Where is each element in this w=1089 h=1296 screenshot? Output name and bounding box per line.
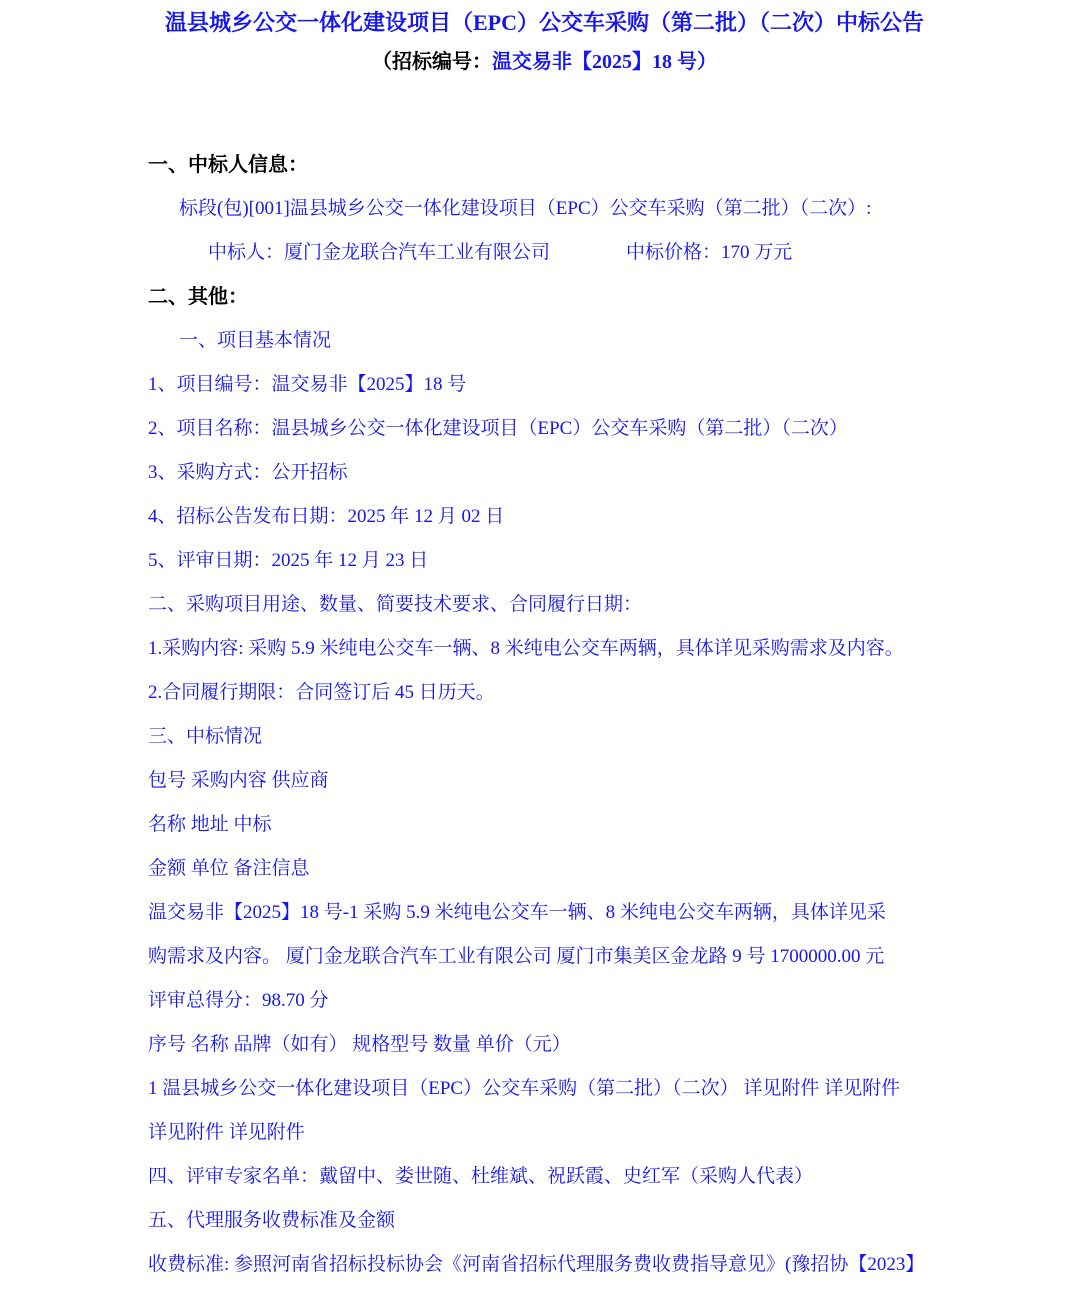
winner-name: 中标人：厦门金龙联合汽车工业有限公司 [208,242,550,263]
section-2-heading: 二、其他： [148,275,964,319]
procurement-method-line: 3、采购方式：公开招标 [148,451,964,495]
expert-list-line: 四、评审专家名单：戴留中、娄世随、杜维斌、祝跃霞、史红军（采购人代表） [148,1155,964,1199]
agency-fee-heading: 五、代理服务收费标准及金额 [148,1199,964,1243]
project-number-line: 1、项目编号：温交易非【2025】18 号 [148,363,964,407]
item-row-line-1: 1 温县城乡公交一体化建设项目（EPC）公交车采购（第二批）（二次） 详见附件 … [148,1067,964,1111]
lot-package-line: 标段(包)[001]温县城乡公交一体化建设项目（EPC）公交车采购（第二批）（二… [148,187,964,231]
table-header-line-1: 包号 采购内容 供应商 [148,759,964,803]
section-1-heading: 一、中标人信息： [148,143,964,187]
winner-price: 中标价格：170 万元 [626,242,792,263]
document-page: 温县城乡公交一体化建设项目（EPC）公交车采购（第二批）（二次）中标公告 （招标… [0,0,1089,1287]
subtitle-bid-number: 温交易非【2025】18 号） [492,51,717,73]
item-table-header-line: 序号 名称 品牌（如有） 规格型号 数量 单价（元） [148,1023,964,1067]
subtitle-prefix: （招标编号： [372,51,492,73]
table-header-line-3: 金额 单位 备注信息 [148,847,964,891]
fee-standard-line: 收费标准: 参照河南省招标投标协会《河南省招标代理服务费收费指导意见》(豫招协【… [148,1243,964,1287]
document-title: 温县城乡公交一体化建设项目（EPC）公交车采购（第二批）（二次）中标公告 [0,0,1089,39]
contract-period-line: 2.合同履行期限：合同签订后 45 日历天。 [148,671,964,715]
usage-heading-line: 二、采购项目用途、数量、简要技术要求、合同履行日期： [148,583,964,627]
award-score-line: 评审总得分：98.70 分 [148,979,964,1023]
basic-info-heading: 一、项目基本情况 [148,319,964,363]
announcement-date-line: 4、招标公告发布日期：2025 年 12 月 02 日 [148,495,964,539]
award-detail-line-1: 温交易非【2025】18 号-1 采购 5.9 米纯电公交车一辆、8 米纯电公交… [148,891,964,935]
project-name-line: 2、项目名称：温县城乡公交一体化建设项目（EPC）公交车采购（第二批）（二次） [148,407,964,451]
item-row-line-2: 详见附件 详见附件 [148,1111,964,1155]
document-body: 一、中标人信息： 标段(包)[001]温县城乡公交一体化建设项目（EPC）公交车… [148,143,964,1287]
winner-line: 中标人：厦门金龙联合汽车工业有限公司中标价格：170 万元 [148,231,964,275]
award-status-heading: 三、中标情况 [148,715,964,759]
procurement-content-line: 1.采购内容: 采购 5.9 米纯电公交车一辆、8 米纯电公交车两辆，具体详见采… [148,627,964,671]
review-date-line: 5、评审日期：2025 年 12 月 23 日 [148,539,964,583]
bid-number-subtitle: （招标编号：温交易非【2025】18 号） [0,47,1089,77]
award-detail-line-2: 购需求及内容。 厦门金龙联合汽车工业有限公司 厦门市集美区金龙路 9 号 170… [148,935,964,979]
table-header-line-2: 名称 地址 中标 [148,803,964,847]
